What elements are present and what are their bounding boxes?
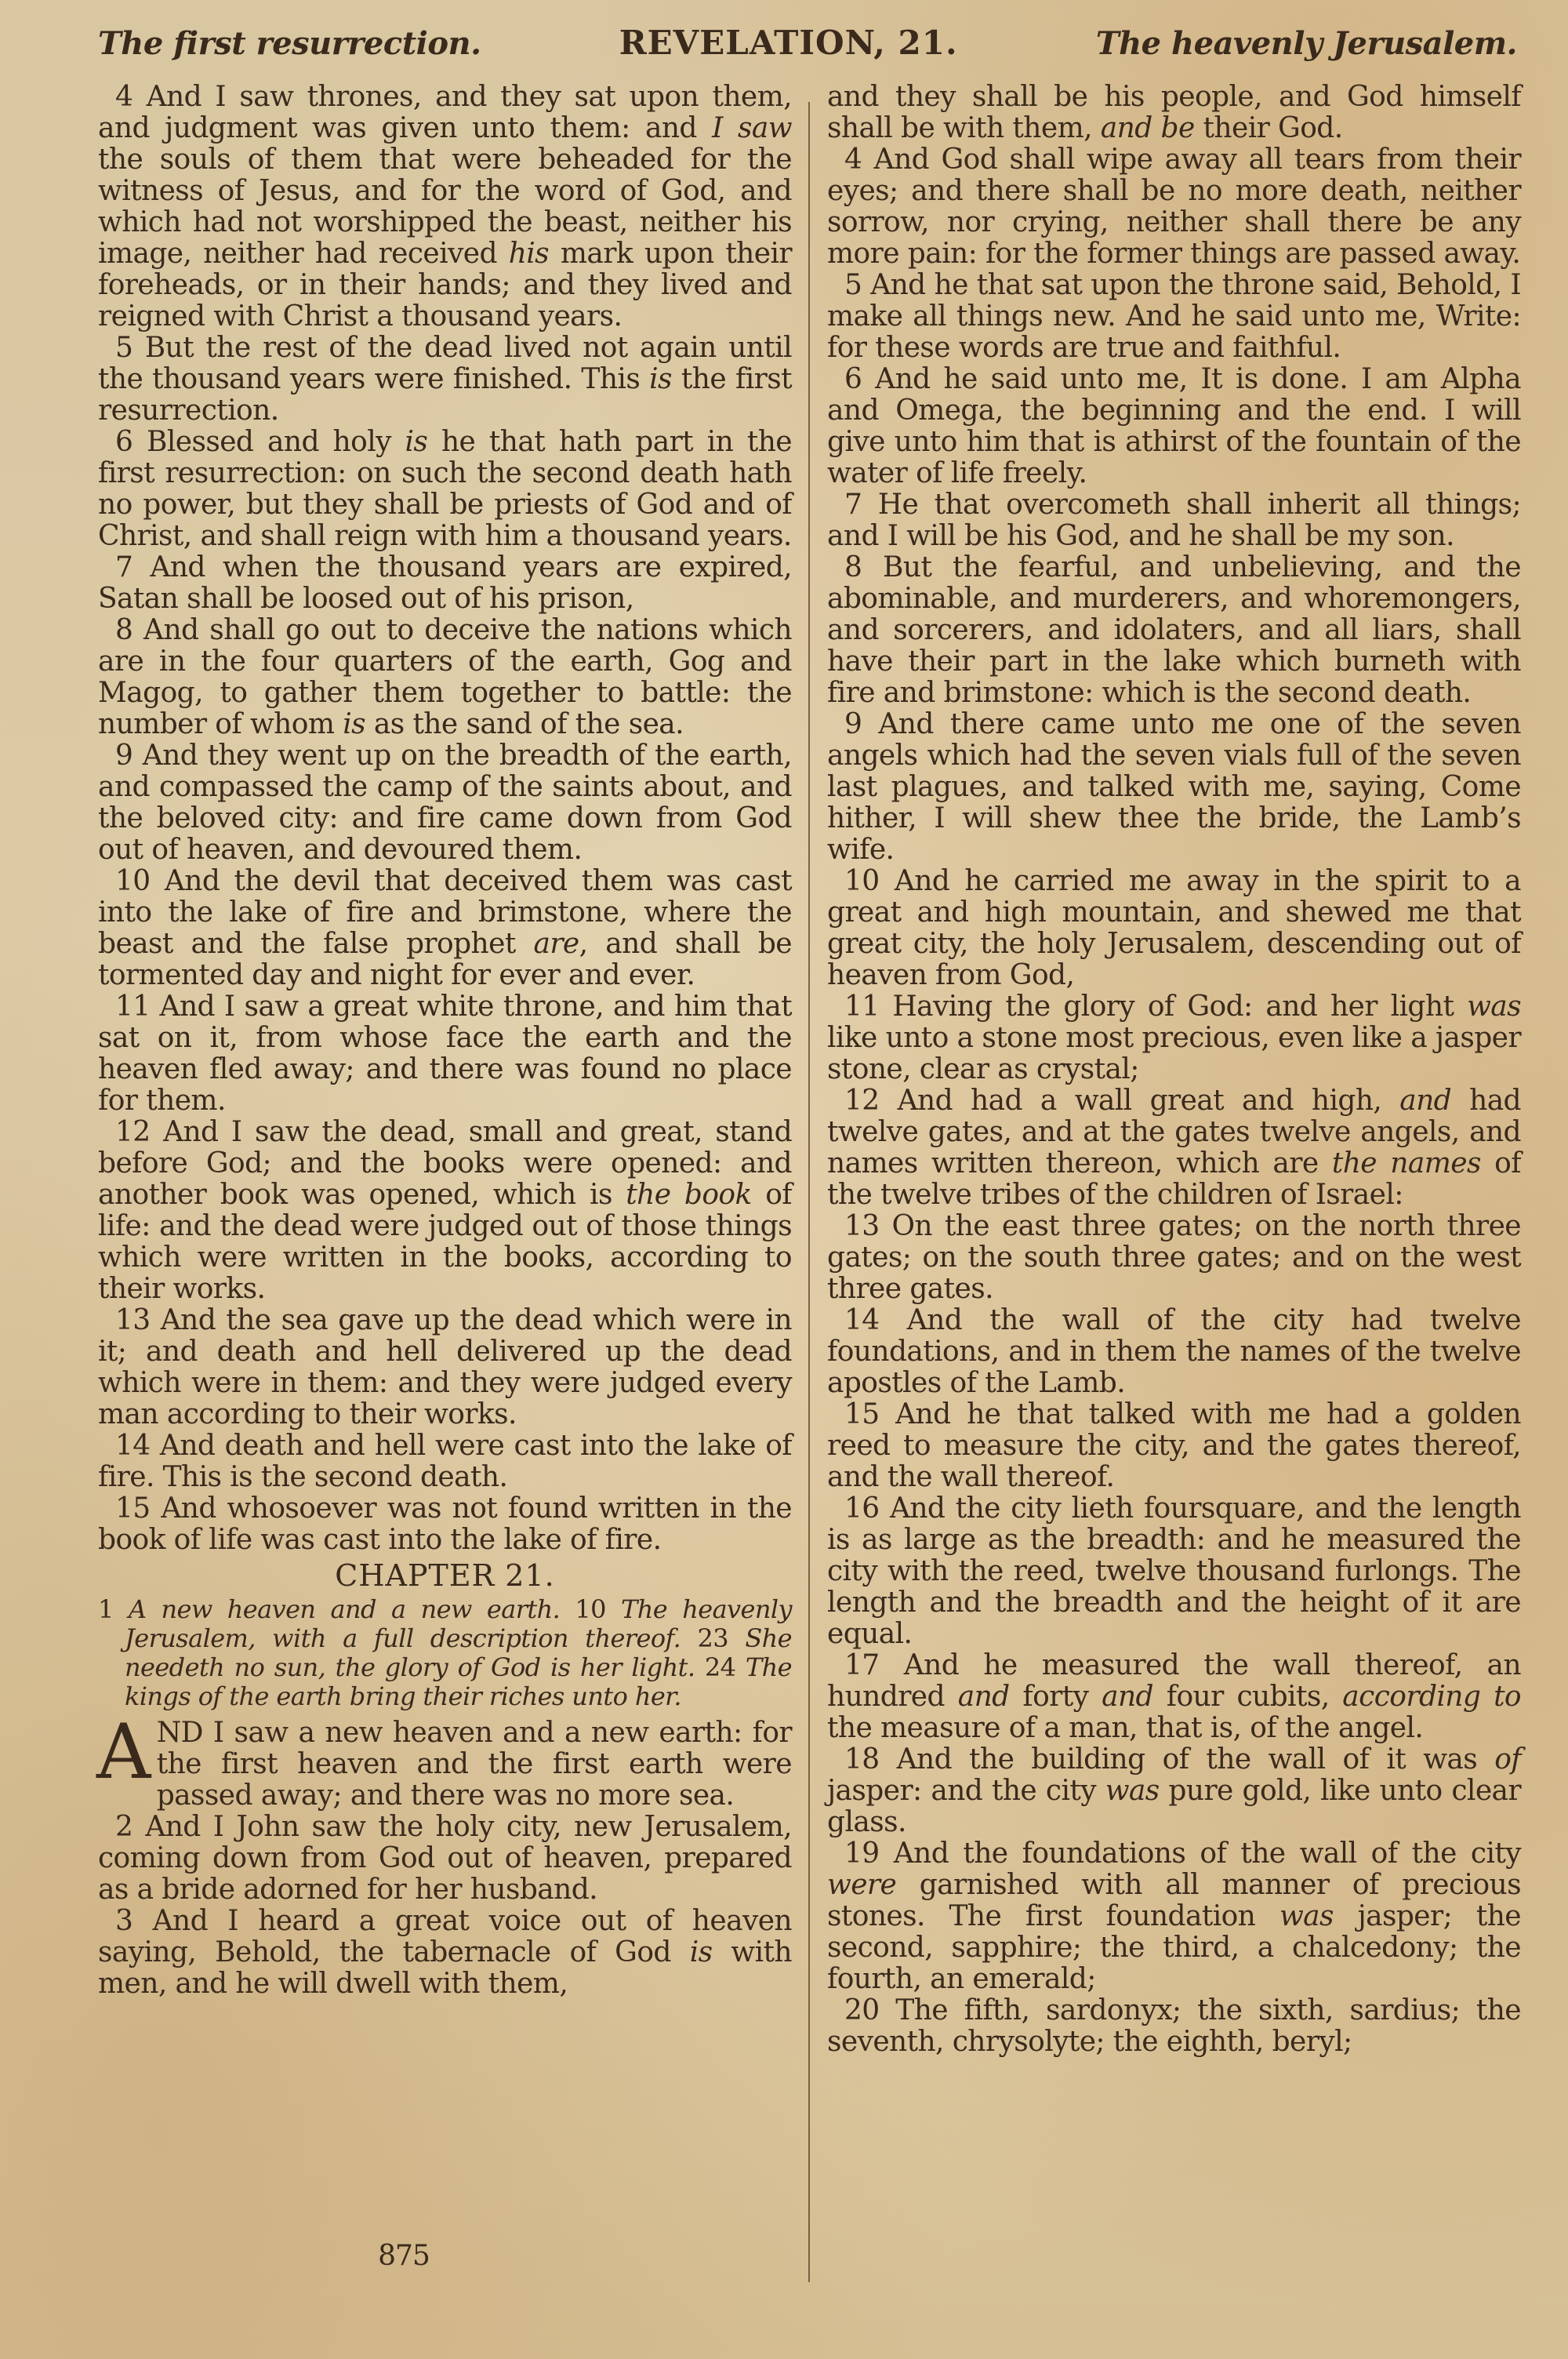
italic-supplied-word: according to	[1342, 1681, 1521, 1713]
chapter-21-verses-left: 2 And I John saw the holy city, new Jeru…	[98, 1812, 792, 2000]
verse-2: 2 And I John saw the holy city, new Jeru…	[98, 1812, 792, 1906]
verse-number: 14	[844, 1304, 907, 1336]
verse-6: 6 And he said unto me, It is done. I am …	[827, 364, 1521, 489]
italic-supplied-word: was	[1279, 1900, 1334, 1932]
summary-verse-number: 24	[705, 1652, 736, 1682]
italic-supplied-word: I saw	[712, 112, 792, 144]
left-running-head: The first resurrection.	[98, 25, 481, 62]
verse-text: And whosoever was not found written in t…	[98, 1492, 792, 1556]
italic-supplied-word: is	[649, 363, 672, 395]
verse-number: 7	[115, 551, 150, 583]
verse-number: 5	[115, 332, 145, 364]
verse-8: 8 And shall go out to deceive the nation…	[98, 615, 792, 740]
verse-14: 14 And death and hell were cast into the…	[98, 1430, 792, 1493]
verse-number: 2	[115, 1811, 145, 1843]
verse-text: And had a wall great and high,	[898, 1085, 1400, 1117]
verse-number: 11	[115, 990, 160, 1023]
verse-11: 11 Having the glory of God: and her ligh…	[827, 991, 1521, 1085]
verse-4: 4 And God shall wipe away all tears from…	[827, 144, 1521, 270]
verse-12: 12 And had a wall great and high, and ha…	[827, 1085, 1521, 1211]
verse-text: He that overcometh shall inherit all thi…	[827, 489, 1521, 552]
page-number: 875	[349, 2240, 459, 2272]
verse-text: Having the glory of God: and her light	[892, 990, 1467, 1023]
italic-supplied-word: is	[405, 426, 428, 458]
verse-text: like unto a stone most precious, even li…	[827, 1022, 1521, 1085]
verse-text: forty	[1010, 1681, 1102, 1713]
left-column: 4 And I saw thrones, and they sat upon t…	[98, 82, 792, 2000]
verse-12: 12 And I saw the dead, small and great, …	[98, 1117, 792, 1305]
italic-supplied-word: were	[827, 1869, 896, 1901]
verse-text: And the city lieth foursquare, and the l…	[827, 1492, 1521, 1650]
verse-number: 6	[844, 363, 875, 395]
verse-text: their God.	[1195, 112, 1343, 144]
verse-number: 6	[115, 426, 147, 458]
italic-supplied-word: and	[1102, 1681, 1153, 1713]
verse-number: 13	[844, 1210, 891, 1242]
verse-4: 4 And I saw thrones, and they sat upon t…	[98, 82, 792, 333]
chapter-heading: CHAPTER 21.	[98, 1558, 792, 1594]
verse-text: And he that sat upon the throne said, Be…	[827, 269, 1521, 364]
verse-text: And I John saw the holy city, new Jerusa…	[98, 1811, 792, 1906]
verse-text: And I saw thrones, and they sat upon the…	[98, 81, 792, 144]
verse-number: 16	[844, 1492, 890, 1525]
verse-number: 17	[844, 1649, 904, 1681]
right-running-head: The heavenly Jerusalem.	[1096, 25, 1517, 62]
verse-text: And the building of the wall of it was	[897, 1743, 1495, 1776]
italic-supplied-word: and	[1399, 1085, 1451, 1117]
verse-number: 4	[844, 144, 874, 176]
verse-number: 13	[115, 1304, 161, 1336]
summary-text: A new heaven and a new earth. 10 The hea…	[125, 1594, 792, 1711]
verse-20: 20 The fifth, sardonyx; the sixth, sardi…	[827, 1995, 1521, 2058]
italic-supplied-word: of	[1494, 1743, 1521, 1776]
verse-text: On the east three gates; on the north th…	[827, 1210, 1521, 1305]
verse-text: the measure of a man, that is, of the an…	[827, 1712, 1423, 1744]
verse-10: 10 And he carried me away in the spirit …	[827, 866, 1521, 991]
italic-supplied-word: was	[1105, 1775, 1160, 1807]
verse-continuation: and they shall be his people, and God hi…	[827, 82, 1521, 144]
right-column: and they shall be his people, and God hi…	[827, 82, 1521, 2058]
verse-text: And God shall wipe away all tears from t…	[827, 144, 1521, 270]
verse-number: 3	[115, 1905, 153, 1937]
verse-text: And I heard a great voice out of heaven …	[98, 1905, 792, 1968]
verse-number: 14	[115, 1430, 160, 1462]
verse-6: 6 Blessed and holy is he that hath part …	[98, 427, 792, 552]
verse-number: 12	[844, 1085, 898, 1117]
chapter-20-verses: 4 And I saw thrones, and they sat upon t…	[98, 82, 792, 1556]
italic-supplied-word: is	[343, 708, 365, 740]
book-chapter-title: REVELATION, 21.	[619, 24, 958, 62]
verse-number: 10	[844, 865, 895, 897]
summary-verse-number: 23	[697, 1623, 728, 1653]
verse-text: as the sand of the sea.	[365, 708, 684, 740]
column-rule	[808, 102, 810, 2282]
verse-text: And there came unto me one of the seven …	[827, 708, 1521, 866]
verse-text: The fifth, sardonyx; the sixth, sardius;…	[827, 1994, 1521, 2058]
italic-supplied-word: is	[690, 1936, 713, 1968]
verse-text: And they went up on the breadth of the e…	[98, 740, 792, 866]
verse-text: jasper: and the city	[827, 1775, 1105, 1807]
verse-number: 5	[844, 269, 870, 301]
summary-verse-number: 10	[575, 1594, 606, 1624]
verse-9: 9 And they went up on the breadth of the…	[98, 740, 792, 866]
verse-text: And the sea gave up the dead which were …	[98, 1304, 792, 1430]
verse-number: 19	[844, 1837, 894, 1870]
verse-15: 15 And he that talked with me had a gold…	[827, 1399, 1521, 1493]
italic-supplied-word: and	[958, 1681, 1010, 1713]
verse-5: 5 And he that sat upon the throne said, …	[827, 270, 1521, 364]
verse-number: 15	[115, 1492, 161, 1525]
italic-supplied-word: his	[509, 238, 549, 270]
verse-number: 20	[844, 1994, 895, 2026]
verse-number: 8	[115, 614, 143, 646]
verse-5: 5 But the rest of the dead lived not aga…	[98, 333, 792, 427]
verse-9: 9 And there came unto me one of the seve…	[827, 709, 1521, 866]
verse-number: 10	[115, 865, 165, 897]
italic-supplied-word: A new heaven and a new earth.	[129, 1594, 575, 1624]
opening-text: ND I saw a new heaven and a new earth: f…	[157, 1717, 792, 1812]
verse-13: 13 And the sea gave up the dead which we…	[98, 1305, 792, 1430]
verse-8: 8 But the fearful, and unbelieving, and …	[827, 552, 1521, 709]
verse-text: And he said unto me, It is done. I am Al…	[827, 363, 1521, 489]
verse-text: Blessed and holy	[147, 426, 405, 458]
italic-supplied-word: was	[1467, 990, 1521, 1023]
italic-supplied-word: and be	[1101, 112, 1195, 144]
verse-3: 3 And I heard a great voice out of heave…	[98, 1906, 792, 2000]
drop-cap: A	[96, 1721, 151, 1783]
verse-18: 18 And the building of the wall of it wa…	[827, 1744, 1521, 1838]
verse-text: And I saw a great white throne, and him …	[98, 990, 792, 1117]
verse-text: And the wall of the city had twelve foun…	[827, 1304, 1521, 1399]
verse-text: And he that talked with me had a golden …	[827, 1398, 1521, 1493]
verse-number: 15	[844, 1398, 895, 1430]
chapter-summary: 1 A new heaven and a new earth. 10 The h…	[98, 1595, 792, 1711]
verse-19: 19 And the foundations of the wall of th…	[827, 1838, 1521, 1995]
verse-number: 12	[115, 1116, 163, 1148]
verse-text: And he carried me away in the spirit to …	[827, 865, 1521, 991]
chapter-21-verses-right: 4 And God shall wipe away all tears from…	[827, 144, 1521, 2058]
verse-7: 7 He that overcometh shall inherit all t…	[827, 489, 1521, 552]
verse-text: And death and hell were cast into the la…	[98, 1430, 792, 1493]
verse-14: 14 And the wall of the city had twelve f…	[827, 1305, 1521, 1399]
verse-number: 8	[844, 551, 883, 583]
verse-17: 17 And he measured the wall thereof, an …	[827, 1650, 1521, 1744]
verse-number: 4	[115, 81, 147, 113]
verse-15: 15 And whosoever was not found written i…	[98, 1493, 792, 1556]
verse-number: 18	[844, 1743, 897, 1776]
verse-number: 7	[844, 489, 878, 521]
italic-supplied-word: are	[533, 928, 579, 960]
verse-text: And when the thousand years are expired,…	[98, 551, 792, 615]
verse-text: But the fearful, and unbelieving, and th…	[827, 551, 1521, 709]
verse-7: 7 And when the thousand years are expire…	[98, 552, 792, 615]
summary-first-number: 1	[98, 1594, 114, 1624]
verse-13: 13 On the east three gates; on the north…	[827, 1211, 1521, 1305]
verse-number: 11	[844, 990, 892, 1023]
verse-text: And the foundations of the wall of the c…	[894, 1837, 1521, 1870]
verse-16: 16 And the city lieth foursquare, and th…	[827, 1493, 1521, 1650]
chapter-21-opening: AND I saw a new heaven and a new earth: …	[98, 1717, 792, 1812]
verse-text: four cubits,	[1153, 1681, 1342, 1713]
italic-supplied-word: the book	[626, 1179, 751, 1211]
running-header: The first resurrection. REVELATION, 21. …	[98, 24, 1517, 71]
verse-number: 9	[844, 708, 878, 740]
verse-11: 11 And I saw a great white throne, and h…	[98, 991, 792, 1117]
italic-supplied-word: the names	[1332, 1147, 1481, 1179]
verse-number: 9	[115, 740, 143, 772]
verse-10: 10 And the devil that deceived them was …	[98, 866, 792, 991]
